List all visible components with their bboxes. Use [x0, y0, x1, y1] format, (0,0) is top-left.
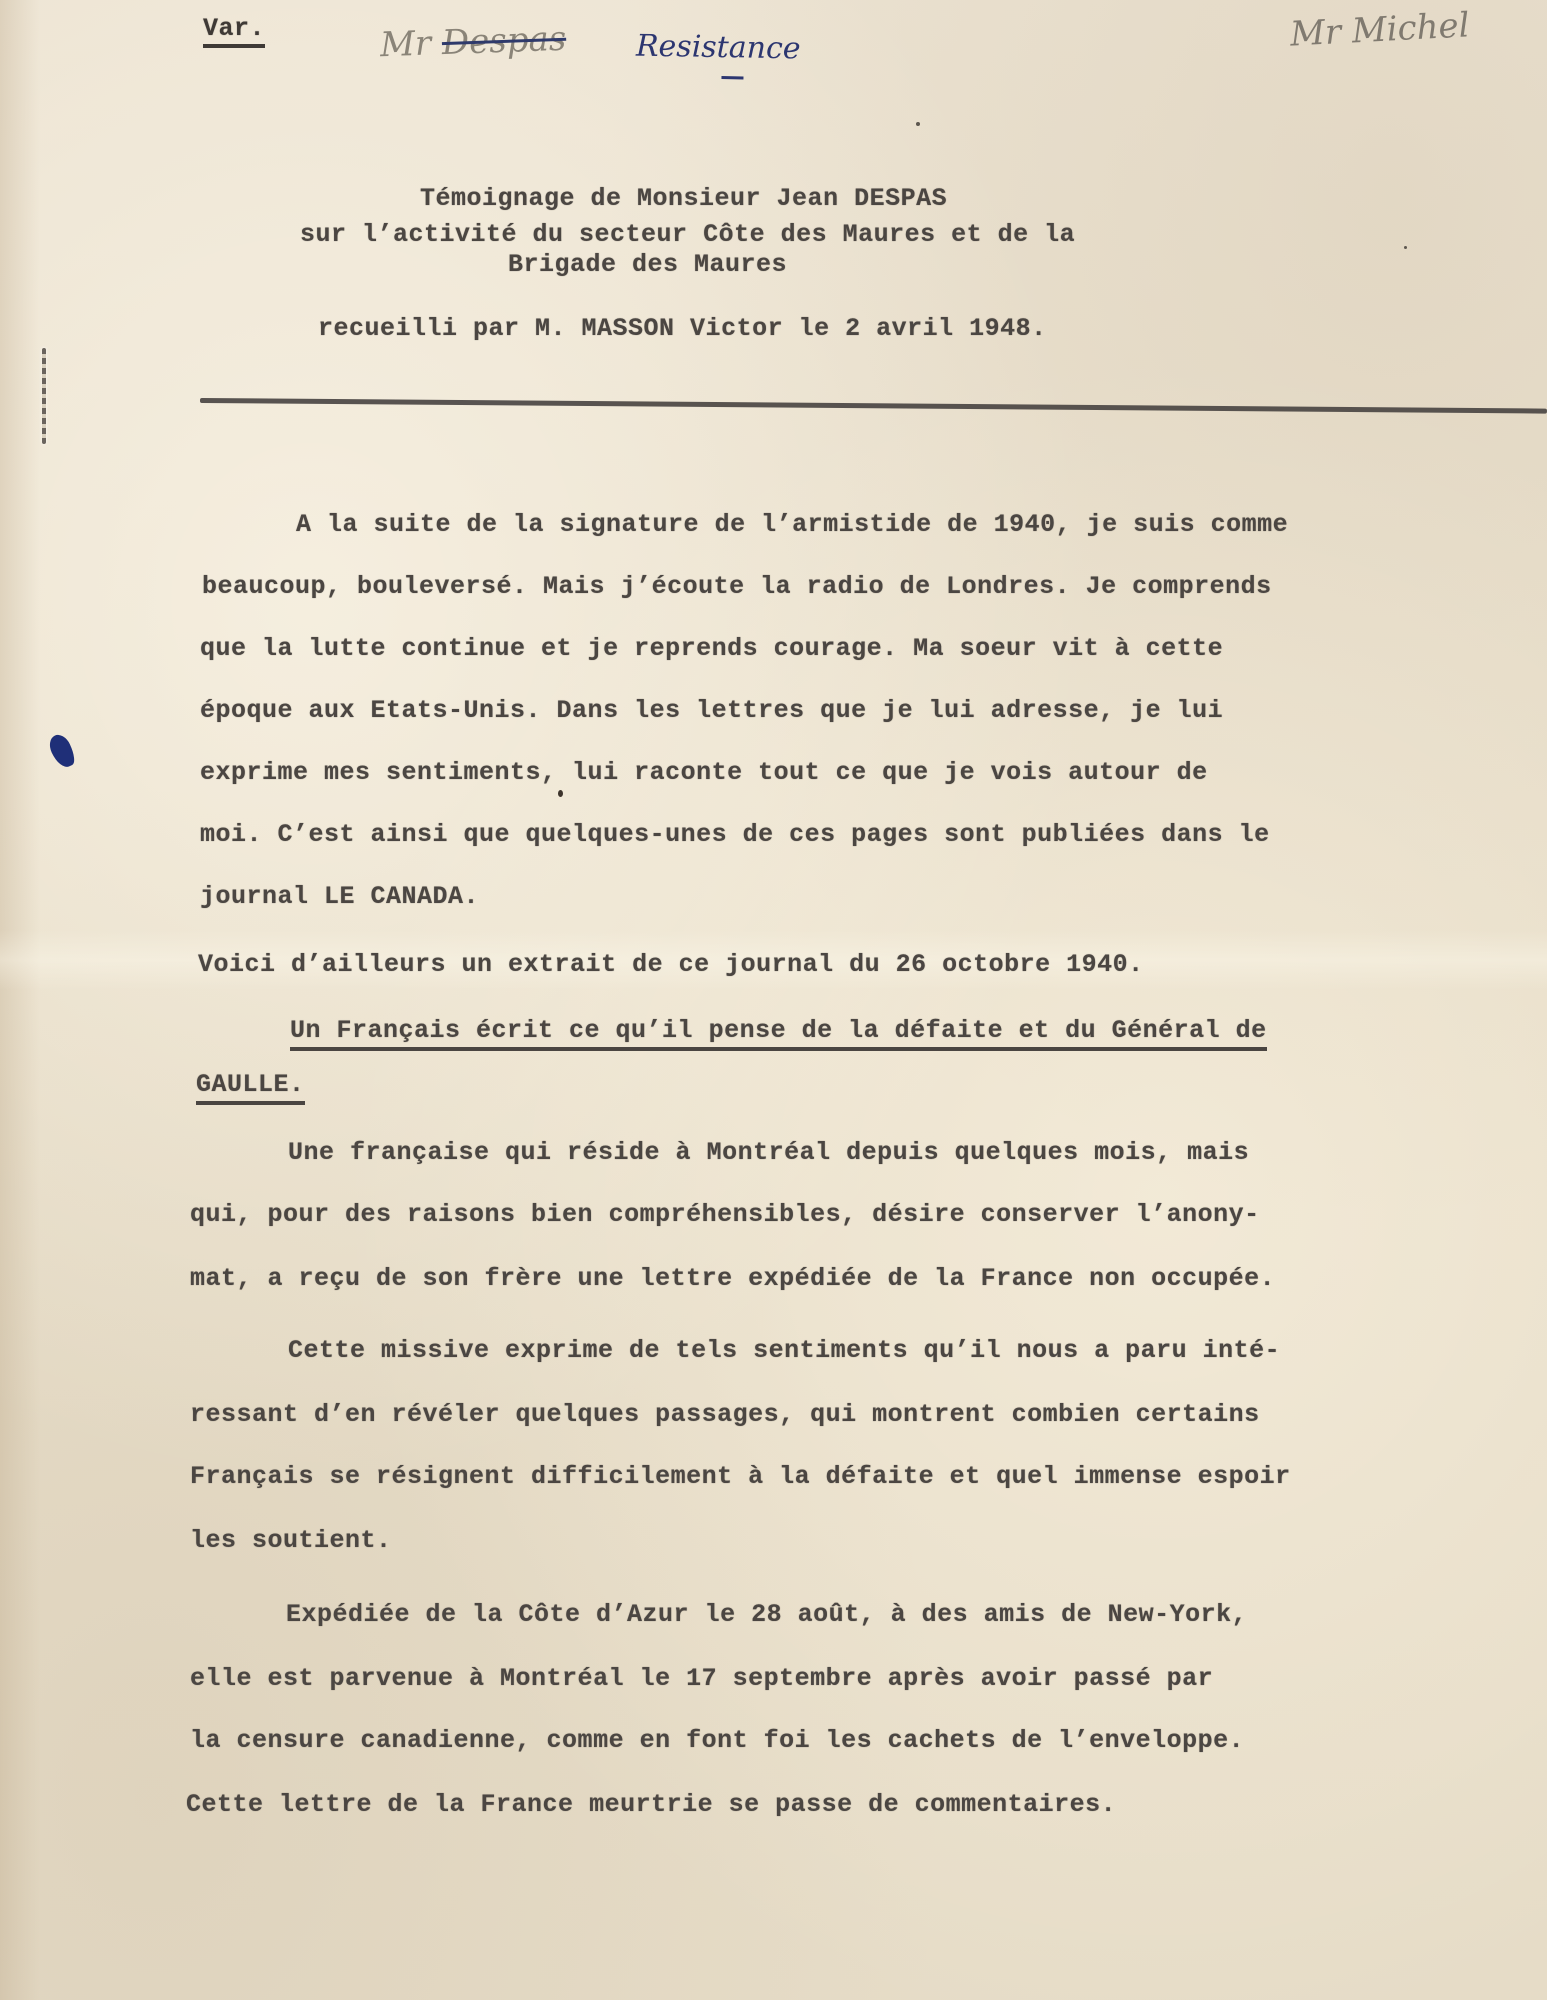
staple-mark — [42, 348, 46, 444]
paper-speck — [558, 790, 563, 797]
article-line: Cette missive exprime de tels sentiments… — [288, 1336, 1280, 1365]
article-line: qui, pour des raisons bien compréhensibl… — [190, 1200, 1260, 1229]
article-line: mat, a reçu de son frère une lettre expé… — [190, 1264, 1275, 1293]
article-line: elle est parvenue à Montréal le 17 septe… — [190, 1664, 1213, 1693]
title-line-3: Brigade des Maures — [508, 250, 787, 279]
article-headline-text: GAULLE. — [196, 1070, 305, 1105]
region-label-text: Var. — [203, 14, 265, 48]
paper-edge-shadow — [0, 0, 40, 2000]
paper-speck — [1404, 246, 1407, 249]
body-line: A la suite de la signature de l’armistid… — [296, 510, 1288, 539]
collected-by-line: recueilli par M. MASSON Victor le 2 avri… — [318, 314, 1047, 343]
body-line: exprime mes sentiments, lui raconte tout… — [200, 758, 1208, 787]
title-line-2: sur l’activité du secteur Côte des Maure… — [300, 220, 1075, 249]
article-line: Cette lettre de la France meurtrie se pa… — [186, 1790, 1116, 1819]
article-headline-text: Un Français écrit ce qu’il pense de la d… — [290, 1016, 1267, 1051]
region-label: Var. — [203, 14, 265, 43]
body-line: Voici d’ailleurs un extrait de ce journa… — [198, 950, 1144, 979]
ink-blot — [46, 731, 78, 770]
article-line: ressant d’en révéler quelques passages, … — [190, 1400, 1260, 1429]
handwritten-owner: Mr Michel — [1289, 5, 1470, 54]
body-line: moi. C’est ainsi que quelques-unes de ce… — [200, 820, 1270, 849]
title-line-1: Témoignage de Monsieur Jean DESPAS — [420, 184, 947, 213]
handwritten-name: Mr Despas — [379, 19, 566, 65]
article-headline-line-2: GAULLE. — [196, 1070, 305, 1099]
body-line: que la lutte continue et je reprends cou… — [200, 634, 1223, 663]
body-line: beaucoup, bouleversé. Mais j’écoute la r… — [202, 572, 1272, 601]
article-line: Une française qui réside à Montréal depu… — [288, 1138, 1249, 1167]
handwritten-category: Resistance — [636, 29, 801, 67]
article-line: les soutient. — [190, 1526, 392, 1555]
article-headline-line-1: Un Français écrit ce qu’il pense de la d… — [290, 1016, 1267, 1045]
article-line: Expédiée de la Côte d’Azur le 28 août, à… — [286, 1600, 1247, 1629]
title-divider — [200, 398, 1547, 414]
underline-mark — [721, 76, 743, 79]
body-line: époque aux Etats-Unis. Dans les lettres … — [200, 696, 1223, 725]
handwritten-name-prefix: Mr — [379, 23, 431, 65]
handwritten-category-text: Resistance — [636, 29, 801, 67]
paper-speck — [916, 122, 920, 126]
document-page: Var. Mr Despas Resistance Mr Michel Témo… — [0, 0, 1547, 2000]
article-line: Français se résignent difficilement à la… — [190, 1462, 1291, 1491]
handwritten-name-struck: Despas — [441, 19, 567, 63]
body-line: journal LE CANADA. — [200, 882, 479, 911]
article-line: la censure canadienne, comme en font foi… — [190, 1726, 1244, 1755]
